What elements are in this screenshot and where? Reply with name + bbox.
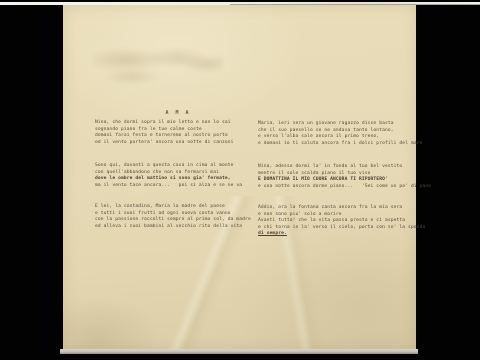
- lyric-line: e una notte ancora dorme piano... 'Sei c…: [258, 184, 428, 191]
- lyric-line: e domani io ti saluto ancora fra i dolci…: [258, 141, 428, 148]
- lyric-line: ma il vento tace ancora... poi si alza e…: [95, 183, 255, 190]
- lyrics-right-column: Maria, ieri sera un giovane ragazzo diss…: [258, 121, 428, 238]
- lyric-line: ed alleva i suoi bambini al vecchio rito…: [95, 224, 255, 231]
- lyric-line: ed il vento portera' ancora una notte di…: [95, 140, 255, 147]
- lyric-line: Avanti tutta! che la vita passa presto e…: [258, 218, 428, 225]
- lyric-line: con la passione raccolti sempre al primo…: [95, 217, 255, 224]
- stanza: Addio, ora la fontana canta ancora fra l…: [258, 205, 428, 238]
- paper-bottom-edge: [60, 349, 418, 354]
- video-frame: A M A Nina, che dormi sopra il mio letto…: [0, 0, 480, 360]
- stanza: Maria, ieri sera un giovane ragazzo diss…: [258, 121, 428, 147]
- sheet-title: A M A: [148, 110, 208, 116]
- lyrics-left-column: Nina, che dormi sopra il mio letto e non…: [95, 120, 255, 230]
- lyric-line-underlined: di sempre.: [258, 231, 428, 238]
- show-through-impression: [93, 45, 223, 87]
- stanza: E lei, la contadina, Maria la madre del …: [95, 204, 255, 230]
- lyric-line: Sono qui, davanti a questa casa in cima …: [95, 163, 255, 170]
- stanza: Sono qui, davanti a questa casa in cima …: [95, 163, 255, 189]
- stanza: Nina, adesso dormi la' in fondo al tuo b…: [258, 164, 428, 190]
- stanza: Nina, che dormi sopra il mio letto e non…: [95, 120, 255, 146]
